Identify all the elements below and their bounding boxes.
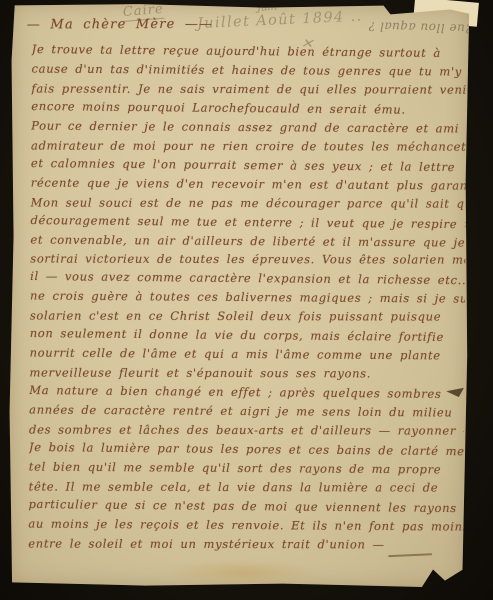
pencil-date-annotation: Juillet Août 1894 .. (197, 9, 363, 33)
letter-line: découragement seul me tue et enterre ; i… (30, 211, 465, 234)
letter-line: nourrit celle de l'âme et qui a mis l'âm… (30, 344, 465, 366)
letter-line: récente que je viens d'en recevoir m'en … (31, 173, 466, 195)
letter-line: au moins je les reçois et les renvoie. E… (28, 514, 463, 536)
letter-line: Mon seul souci est de ne pas me décourag… (31, 193, 466, 213)
letter-line: particulier que si ce n'est pas de moi q… (28, 495, 463, 518)
letter-page: Caire Juin Juillet Août 1894 .. ✕ 2ue ll… (7, 2, 471, 589)
letter-line: années de caractère rentré et aigri je m… (29, 401, 464, 423)
letter-line: ne crois guère à toutes ces balivernes m… (30, 287, 465, 309)
letter-line: Pour ce dernier je le connais assez gran… (31, 116, 466, 138)
paper-stain (165, 559, 321, 584)
letter-line: et calomnies que l'on pourrait semer à s… (31, 154, 466, 177)
inverted-pencil-note: 2ue llou aqual ? (341, 19, 473, 36)
letter-line: encore moins pourquoi Larochefoucauld en… (31, 97, 466, 120)
salutation: — Ma chère Mère —— (27, 17, 213, 33)
letter-lines: Je trouve ta lettre reçue aujourd'hui bi… (28, 41, 467, 556)
letter-line: admirateur de moi pour ne rien croire de… (31, 136, 466, 156)
letter-line: tête. Il me semble cela, et la vie dans … (29, 477, 464, 497)
letter-line: fais pressentir. Je ne sais vraiment de … (31, 79, 466, 99)
letter-line: cause d'un tas d'inimitiés et haines de … (32, 59, 467, 81)
letter-line: entre le soleil et moi un mystérieux tra… (28, 534, 463, 554)
letter-line: tel bien qu'il me semble qu'il sort des … (29, 458, 464, 480)
photograph-of-letter: Caire Juin Juillet Août 1894 .. ✕ 2ue ll… (0, 0, 493, 600)
